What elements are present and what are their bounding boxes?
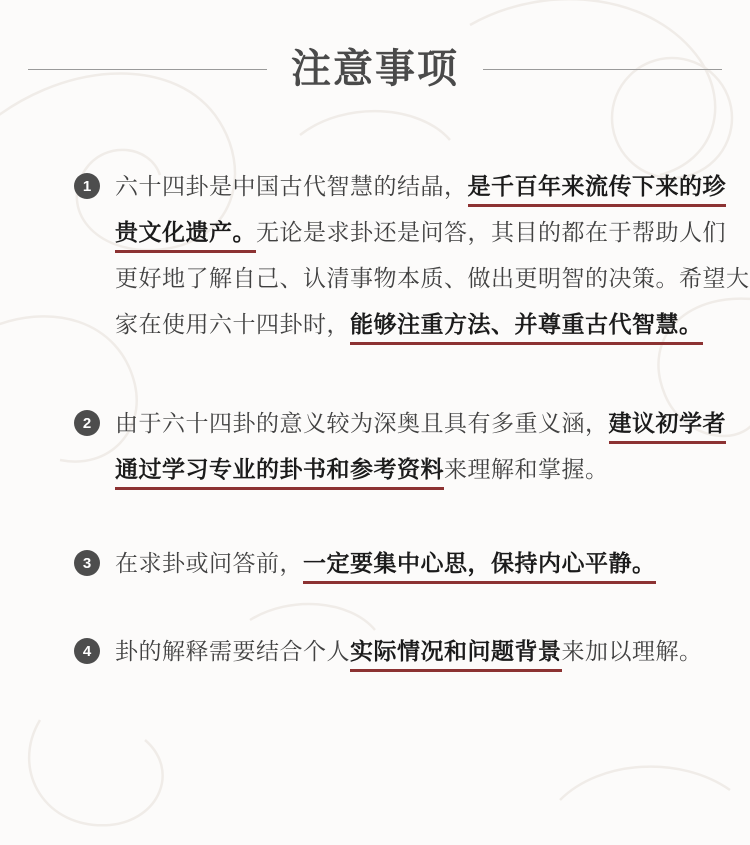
text-run: 家在使用六十四卦时， <box>115 311 350 337</box>
notice-item-3: 3 在求卦或问答前，一定要集中心思，保持内心平静。 <box>74 540 720 586</box>
text-run: 在求卦或问答前， <box>115 550 303 576</box>
notice-list: 1 六十四卦是中国古代智慧的结晶，是千百年来流传下来的珍 贵文化遗产。无论是求卦… <box>74 163 720 674</box>
text-run: 六十四卦是中国古代智慧的结晶， <box>115 173 468 199</box>
text-run-emphasis: 贵文化遗产。 <box>115 219 256 253</box>
text-run-emphasis: 通过学习专业的卦书和参考资料 <box>115 456 444 490</box>
text-line: 更好地了解自己、认清事物本质、做出更明智的决策。希望大 <box>115 255 720 301</box>
text-line: 卦的解释需要结合个人实际情况和问题背景来加以理解。 <box>115 628 720 674</box>
text-line: 由于六十四卦的意义较为深奥且具有多重义涵，建议初学者 <box>115 400 720 446</box>
text-run: 来理解和掌握。 <box>444 456 609 482</box>
item-number-badge: 1 <box>74 173 100 199</box>
pattern-curve <box>560 767 730 800</box>
text-run: 更好地了解自己、认清事物本质、做出更明智的决策。希望大 <box>115 265 750 291</box>
item-text: 卦的解释需要结合个人实际情况和问题背景来加以理解。 <box>115 628 720 674</box>
text-run: 由于六十四卦的意义较为深奥且具有多重义涵， <box>115 410 609 436</box>
item-number-badge: 2 <box>74 410 100 436</box>
page-title: 注意事项 <box>291 46 459 92</box>
text-run-emphasis: 实际情况和问题背景 <box>350 638 562 672</box>
text-line: 贵文化遗产。无论是求卦还是问答，其目的都在于帮助人们 <box>115 209 720 255</box>
text-line: 通过学习专业的卦书和参考资料来理解和掌握。 <box>115 446 720 492</box>
notice-item-1: 1 六十四卦是中国古代智慧的结晶，是千百年来流传下来的珍 贵文化遗产。无论是求卦… <box>74 163 720 347</box>
notice-item-4: 4 卦的解释需要结合个人实际情况和问题背景来加以理解。 <box>74 628 720 674</box>
item-text: 在求卦或问答前，一定要集中心思，保持内心平静。 <box>115 540 720 586</box>
pattern-curve <box>29 720 162 825</box>
notice-page: 注意事项 1 六十四卦是中国古代智慧的结晶，是千百年来流传下来的珍 贵文化遗产。… <box>0 0 750 845</box>
item-number-badge: 3 <box>74 550 100 576</box>
text-run: 来加以理解。 <box>562 638 703 664</box>
item-text: 六十四卦是中国古代智慧的结晶，是千百年来流传下来的珍 贵文化遗产。无论是求卦还是… <box>115 163 720 347</box>
text-line: 在求卦或问答前，一定要集中心思，保持内心平静。 <box>115 540 720 586</box>
text-run-emphasis: 能够注重方法、并尊重古代智慧。 <box>350 311 703 345</box>
text-run-emphasis: 建议初学者 <box>609 410 727 444</box>
text-line: 家在使用六十四卦时，能够注重方法、并尊重古代智慧。 <box>115 301 720 347</box>
item-number-badge: 4 <box>74 638 100 664</box>
text-run: 卦的解释需要结合个人 <box>115 638 350 664</box>
page-header: 注意事项 <box>28 46 722 92</box>
title-rule-right <box>483 69 722 70</box>
text-line: 六十四卦是中国古代智慧的结晶，是千百年来流传下来的珍 <box>115 163 720 209</box>
text-run-emphasis: 一定要集中心思，保持内心平静。 <box>303 550 656 584</box>
text-run: 无论是求卦还是问答，其目的都在于帮助人们 <box>256 219 726 245</box>
text-run-emphasis: 是千百年来流传下来的珍 <box>468 173 727 207</box>
item-text: 由于六十四卦的意义较为深奥且具有多重义涵，建议初学者 通过学习专业的卦书和参考资… <box>115 400 720 492</box>
title-rule-left <box>28 69 267 70</box>
notice-content: 注意事项 1 六十四卦是中国古代智慧的结晶，是千百年来流传下来的珍 贵文化遗产。… <box>0 46 750 674</box>
notice-item-2: 2 由于六十四卦的意义较为深奥且具有多重义涵，建议初学者 通过学习专业的卦书和参… <box>74 400 720 492</box>
